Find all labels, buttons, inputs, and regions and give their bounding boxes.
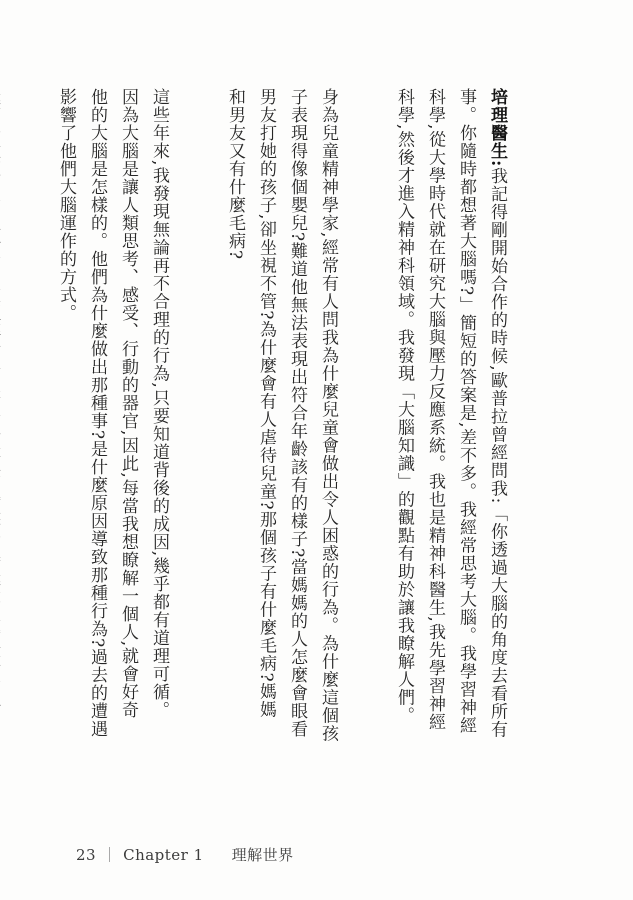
book-page: 培理醫生:我記得剛開始合作的時候,歐普拉曾經問我:「你透過大腦的角度去看所有 事… xyxy=(0,0,633,900)
paragraph-2: 身為兒童精神學家,經常有人問我為什麼兒童會做出令人困惑的行為。為什麼這個孩 子表… xyxy=(219,88,343,788)
paragraph-1: 培理醫生:我記得剛開始合作的時候,歐普拉曾經問我:「你透過大腦的角度去看所有 事… xyxy=(388,88,512,788)
chapter-label: Chapter 1 xyxy=(123,846,204,864)
speaker-label: 培理醫生: xyxy=(487,88,507,167)
paragraph-3: 這些年來,我發現無論再不合理的行為,只要知道背後的成因,幾乎都有道理可循。 因為… xyxy=(50,88,174,788)
footer-divider xyxy=(109,847,110,862)
paragraph-4: 我第一次運用神經科學角度理解行為,是在很年輕的時候,當時我還在接受精神科訓 xyxy=(0,88,5,788)
page-number: 23 xyxy=(76,846,96,864)
page-footer: 23 Chapter 1 理解世界 xyxy=(76,844,294,865)
paragraph-1-text: 我記得剛開始合作的時候,歐普拉曾經問我:「你透過大腦的角度去看所有 事。你隨時都… xyxy=(394,88,507,738)
page-text: 培理醫生:我記得剛開始合作的時候,歐普拉曾經問我:「你透過大腦的角度去看所有 事… xyxy=(0,88,543,788)
chapter-title: 理解世界 xyxy=(232,844,294,865)
